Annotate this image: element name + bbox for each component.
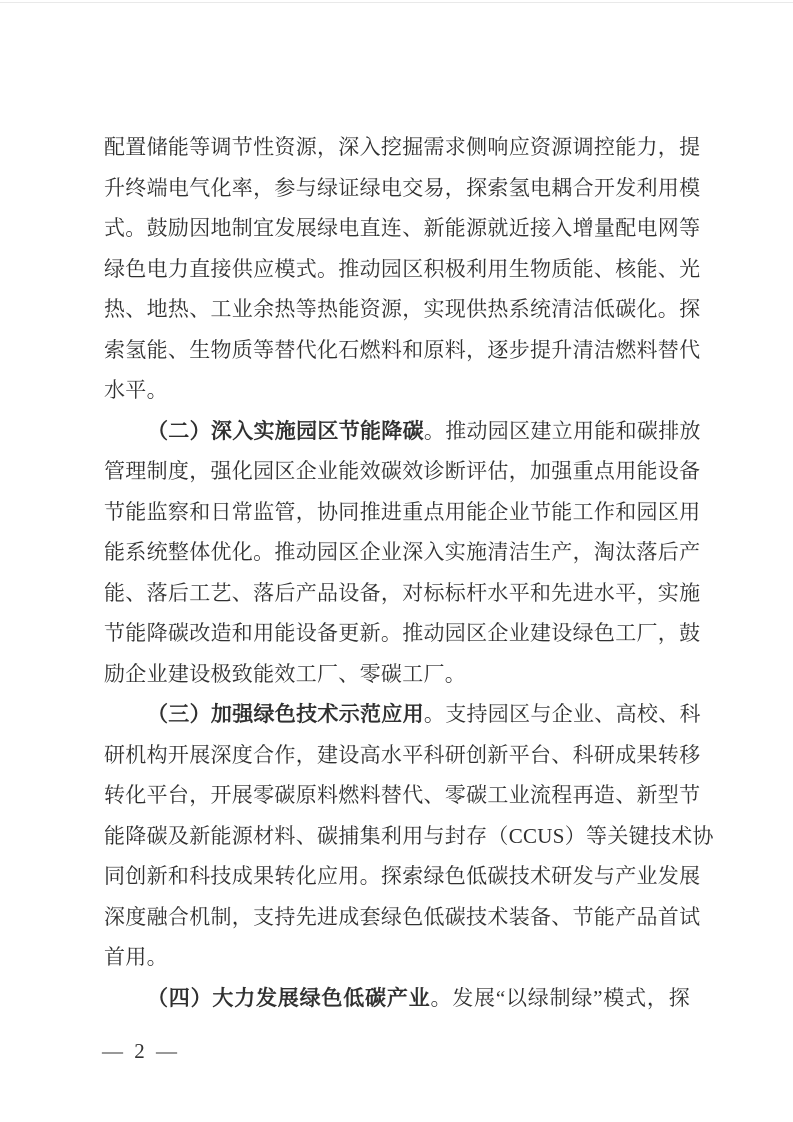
text-line: 式。鼓励因地制宜发展绿电直连、新能源就近接入增量配电网等	[104, 208, 690, 249]
body-text: 同创新和科技成果转化应用。探索绿色低碳技术研发与产业发展	[104, 864, 700, 888]
text-line: 索氢能、生物质等替代化石燃料和原料，逐步提升清洁燃料替代	[104, 330, 690, 371]
body-text: 。推动园区建立用能和碳排放	[424, 419, 701, 443]
page-number: — 2 —	[102, 1038, 180, 1064]
body-text: 深度融合机制，支持先进成套绿色低碳技术装备、节能产品首试	[104, 905, 700, 929]
body-text: 节能监察和日常监管，协同推进重点用能企业节能工作和园区用	[104, 500, 700, 524]
text-line: 水平。	[104, 370, 690, 411]
text-line: 能降碳及新能源材料、碳捕集利用与封存（CCUS）等关键技术协	[104, 816, 690, 857]
text-line: 首用。	[104, 937, 690, 978]
body-text: 励企业建设极致能效工厂、零碳工厂。	[104, 662, 466, 686]
text-line: 热、地热、工业余热等热能资源，实现供热系统清洁低碳化。探	[104, 289, 690, 330]
text-line: 能、落后工艺、落后产品设备，对标标杆水平和先进水平，实施	[104, 573, 690, 614]
body-text: 绿色电力直接供应模式。推动园区积极利用生物质能、核能、光	[104, 257, 700, 281]
body-text: 首用。	[104, 945, 168, 969]
document-page: 配置储能等调节性资源，深入挖掘需求侧响应资源调控能力，提升终端电气化率，参与绿证…	[0, 0, 793, 1122]
section-heading-text: （二）深入实施园区节能降碳	[147, 419, 424, 443]
text-line: 转化平台，开展零碳原料燃料替代、零碳工业流程再造、新型节	[104, 775, 690, 816]
body-text: 水平。	[104, 378, 168, 402]
text-line: 绿色电力直接供应模式。推动园区积极利用生物质能、核能、光	[104, 249, 690, 290]
text-line: 节能监察和日常监管，协同推进重点用能企业节能工作和园区用	[104, 492, 690, 533]
body-text: 管理制度，强化园区企业能效碳效诊断评估，加强重点用能设备	[104, 459, 700, 483]
text-line: （三）加强绿色技术示范应用。支持园区与企业、高校、科	[104, 694, 690, 735]
text-line: 配置储能等调节性资源，深入挖掘需求侧响应资源调控能力，提	[104, 127, 690, 168]
body-text: 索氢能、生物质等替代化石燃料和原料，逐步提升清洁燃料替代	[104, 338, 700, 362]
body-text: 能降碳及新能源材料、碳捕集利用与封存（CCUS）等关键技术协	[104, 824, 714, 848]
text-line: 能系统整体优化。推动园区企业深入实施清洁生产，淘汰落后产	[104, 532, 690, 573]
body-text: 配置储能等调节性资源，深入挖掘需求侧响应资源调控能力，提	[104, 135, 700, 159]
body-text: 式。鼓励因地制宜发展绿电直连、新能源就近接入增量配电网等	[104, 216, 700, 240]
body-text: 热、地热、工业余热等热能资源，实现供热系统清洁低碳化。探	[104, 297, 700, 321]
body-text: 。支持园区与企业、高校、科	[424, 702, 701, 726]
body-text: 研机构开展深度合作，建设高水平科研创新平台、科研成果转移	[104, 743, 700, 767]
text-line: 研机构开展深度合作，建设高水平科研创新平台、科研成果转移	[104, 735, 690, 776]
body-text: 能、落后工艺、落后产品设备，对标标杆水平和先进水平，实施	[104, 581, 700, 605]
body-text: 。发展“以绿制绿”模式，探	[430, 986, 690, 1010]
body-text: 节能降碳改造和用能设备更新。推动园区企业建设绿色工厂，鼓	[104, 621, 700, 645]
text-line: 励企业建设极致能效工厂、零碳工厂。	[104, 654, 690, 695]
document-text: 配置储能等调节性资源，深入挖掘需求侧响应资源调控能力，提升终端电气化率，参与绿证…	[104, 127, 690, 1018]
text-line: 升终端电气化率，参与绿证绿电交易，探索氢电耦合开发利用模	[104, 168, 690, 209]
scan-edge-line	[0, 2, 793, 3]
body-text: 升终端电气化率，参与绿证绿电交易，探索氢电耦合开发利用模	[104, 176, 700, 200]
text-line: 节能降碳改造和用能设备更新。推动园区企业建设绿色工厂，鼓	[104, 613, 690, 654]
body-text: 能系统整体优化。推动园区企业深入实施清洁生产，淘汰落后产	[104, 540, 700, 564]
text-line: 同创新和科技成果转化应用。探索绿色低碳技术研发与产业发展	[104, 856, 690, 897]
text-line: 管理制度，强化园区企业能效碳效诊断评估，加强重点用能设备	[104, 451, 690, 492]
text-line: （二）深入实施园区节能降碳。推动园区建立用能和碳排放	[104, 411, 690, 452]
section-heading-text: （四）大力发展绿色低碳产业	[147, 986, 430, 1010]
text-line: （四）大力发展绿色低碳产业。发展“以绿制绿”模式，探	[104, 978, 690, 1019]
body-text: 转化平台，开展零碳原料燃料替代、零碳工业流程再造、新型节	[104, 783, 700, 807]
text-line: 深度融合机制，支持先进成套绿色低碳技术装备、节能产品首试	[104, 897, 690, 938]
section-heading-text: （三）加强绿色技术示范应用	[147, 702, 424, 726]
